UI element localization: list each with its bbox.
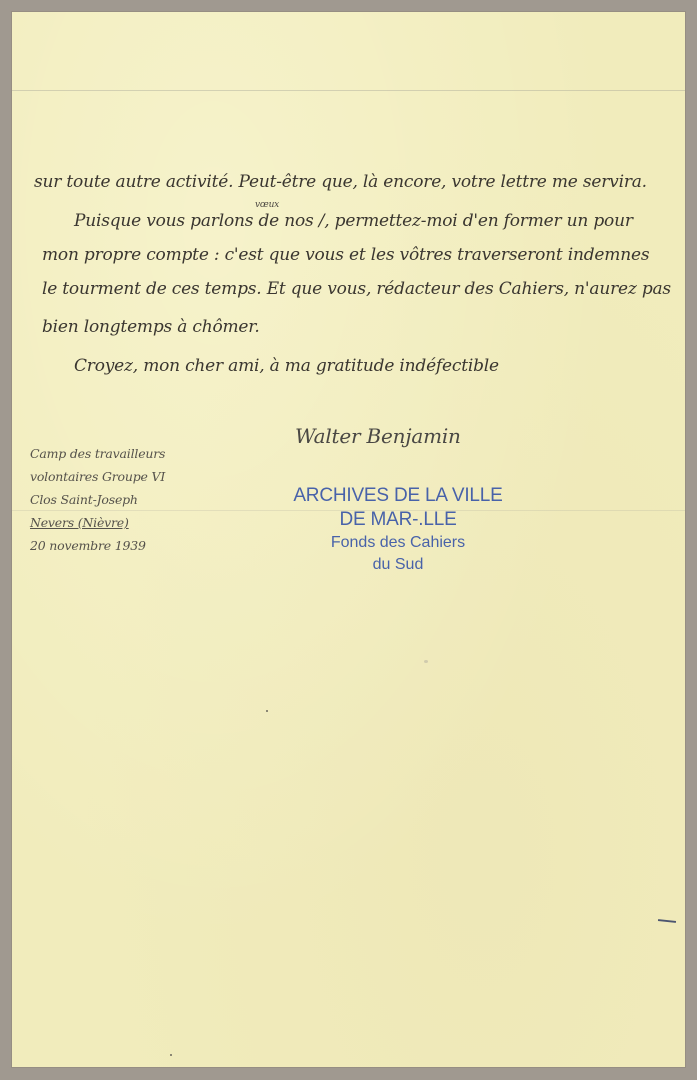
letter-date: 20 novembre 1939 <box>30 534 165 557</box>
letter-line-5: bien longtemps à chômer. <box>42 317 260 337</box>
address-line-4: Nevers (Nièvre) <box>30 511 165 534</box>
sender-address: Camp des travailleurs volontaires Groupe… <box>30 442 165 557</box>
letter-closing: Croyez, mon cher ami, à ma gratitude ind… <box>74 356 499 376</box>
address-line-1: Camp des travailleurs <box>30 442 165 465</box>
paper-speck <box>266 710 268 712</box>
stamp-line-2: DE MAR-.LLE <box>288 508 508 532</box>
address-line-3: Clos Saint-Joseph <box>30 488 165 511</box>
fold-line <box>12 90 685 91</box>
stamp-line-3: Fonds des Cahiers <box>288 532 508 554</box>
letter-line-2: Puisque vous parlons de nos /, permettez… <box>74 211 633 231</box>
paper-speck <box>424 660 428 663</box>
stamp-line-4: du Sud <box>288 554 508 576</box>
letter-line-4: le tourment de ces temps. Et que vous, r… <box>42 279 671 299</box>
archive-stamp: ARCHIVES DE LA VILLE DE MAR-.LLE Fonds d… <box>288 484 508 576</box>
letter-line-3: mon propre compte : c'est que vous et le… <box>42 245 649 265</box>
paper-speck <box>170 1054 172 1056</box>
stamp-line-1: ARCHIVES DE LA VILLE <box>288 484 508 508</box>
insertion-voeux: vœux <box>255 200 279 210</box>
letter-line-1: sur toute autre activité. Peut-être que,… <box>34 172 647 192</box>
letter-page: sur toute autre activité. Peut-être que,… <box>12 12 685 1067</box>
address-line-2: volontaires Groupe VI <box>30 465 165 488</box>
signature: Walter Benjamin <box>295 424 461 448</box>
pencil-mark <box>658 919 676 923</box>
